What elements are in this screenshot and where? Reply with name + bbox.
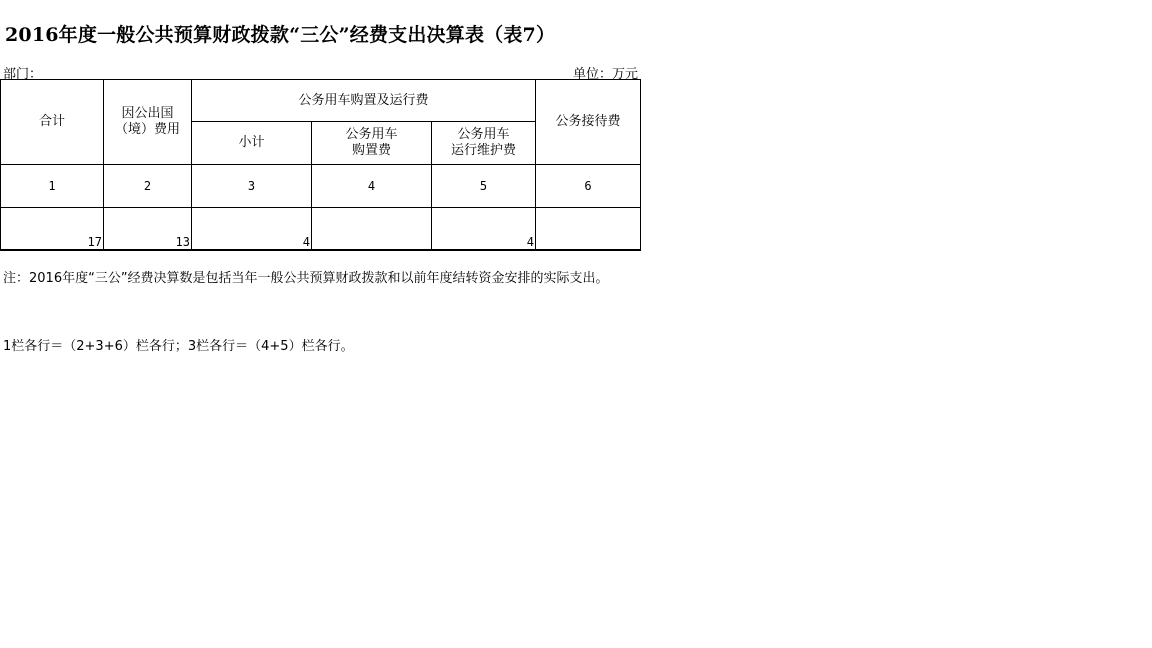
header-vehicle-group: 公务用车购置及运行费 <box>192 80 536 122</box>
header-vehicle-operation-line2: 运行维护费 <box>432 143 535 159</box>
cell-reception <box>536 208 641 251</box>
cell-total: 17 <box>1 208 104 251</box>
header-overseas-line1: 因公出国 <box>104 106 191 122</box>
header-overseas-line2: （境）费用 <box>104 122 191 138</box>
formula-note: 1栏各行＝（2+3+6）栏各行；3栏各行＝（4+5）栏各行。 <box>3 335 354 354</box>
cell-vehicle-purchase <box>312 208 432 251</box>
header-reception: 公务接待费 <box>536 80 641 165</box>
column-number-row: 1 2 3 4 5 6 <box>1 165 641 208</box>
column-number: 1 <box>1 165 104 208</box>
header-vehicle-operation-line1: 公务用车 <box>432 127 535 143</box>
cell-overseas: 13 <box>104 208 192 251</box>
header-vehicle-purchase-line1: 公务用车 <box>312 127 431 143</box>
column-number: 5 <box>432 165 536 208</box>
header-total: 合计 <box>1 80 104 165</box>
column-number: 4 <box>312 165 432 208</box>
column-number: 6 <box>536 165 641 208</box>
report-title: 2016年度一般公共预算财政拨款“三公”经费支出决算表（表7） <box>5 20 555 47</box>
cell-vehicle-operation: 4 <box>432 208 536 251</box>
header-row-1: 合计 因公出国 （境）费用 公务用车购置及运行费 公务接待费 <box>1 80 641 122</box>
header-vehicle-operation: 公务用车 运行维护费 <box>432 122 536 165</box>
cell-subtotal: 4 <box>192 208 312 251</box>
header-overseas: 因公出国 （境）费用 <box>104 80 192 165</box>
header-vehicle-purchase-line2: 购置费 <box>312 143 431 159</box>
data-row: 17 13 4 4 <box>1 208 641 251</box>
footnote: 注：2016年度“三公”经费决算数是包括当年一般公共预算财政拨款和以前年度结转资… <box>3 270 643 287</box>
header-vehicle-purchase: 公务用车 购置费 <box>312 122 432 165</box>
column-number: 2 <box>104 165 192 208</box>
header-subtotal: 小计 <box>192 122 312 165</box>
three-public-expense-table: 合计 因公出国 （境）费用 公务用车购置及运行费 公务接待费 小计 公务用车 购… <box>0 79 641 251</box>
column-number: 3 <box>192 165 312 208</box>
